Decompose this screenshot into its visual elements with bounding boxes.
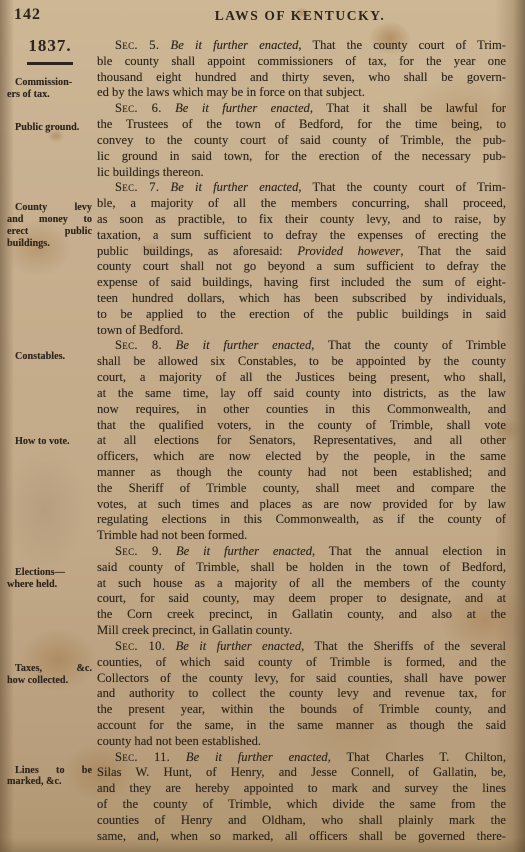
- sidenote-line: where held.: [7, 579, 92, 591]
- text-line: shall be allowed six Constables, to be a…: [97, 354, 506, 370]
- text-line: said county of Trimble, shall be holden …: [97, 560, 506, 576]
- text-line: now requires, in other counties in this …: [97, 402, 506, 418]
- text-line: same, and, when so marked, all officers …: [97, 829, 506, 845]
- text-line: account for the same, in the same manner…: [97, 718, 506, 734]
- text-line: Sec. 9. Be it further enacted, That the …: [97, 544, 506, 560]
- text-line: the Corn creek precinct, in Gallatin cou…: [97, 607, 506, 623]
- page-number: 142: [14, 6, 41, 24]
- section-7: County levyand money toerect publicbuild…: [97, 180, 506, 338]
- sidenote-line: and money to: [7, 214, 92, 226]
- text-line: and they are hereby appointed to mark an…: [97, 781, 506, 797]
- text-line: court, for said county, may deem proper …: [97, 591, 506, 607]
- text-line: officers, which are now elected by the p…: [97, 449, 506, 465]
- text-line: county court shall not go beyond a sum s…: [97, 259, 506, 275]
- text-line: public buildings, as aforesaid: Provided…: [97, 244, 506, 260]
- text-line: manner as though the county had not been…: [97, 465, 506, 481]
- sidenote-line: Lines to be: [7, 765, 92, 777]
- sidenote: Lines to bemarked, &c.: [7, 765, 92, 789]
- sidenote-line: erect public: [7, 226, 92, 238]
- sidenote-line: buildings.: [7, 238, 92, 250]
- text-line: convey to the county court of said count…: [97, 133, 506, 149]
- sidenote-line: Constables.: [7, 351, 92, 363]
- text-line: thousand eight hundred and thirty seven,…: [97, 70, 506, 86]
- text-line: Collectors of the county levy, for said …: [97, 671, 506, 687]
- text-line: Silas W. Hunt, of Henry, and Jesse Conne…: [97, 765, 506, 781]
- text-line: Sec. 6. Be it further enacted, That it s…: [97, 101, 506, 117]
- text-line: town of Bedford.: [97, 323, 506, 339]
- text-line: taxation, a sum sufficient to defray the…: [97, 228, 506, 244]
- section-6: Public ground.Sec. 6. Be it further enac…: [97, 101, 506, 180]
- text-line: lic buildings thereon.: [97, 165, 506, 181]
- text-line: Sec. 8. Be it further enacted, That the …: [97, 338, 506, 354]
- text-line: Trimble had not been formed.: [97, 528, 506, 544]
- sidenote: Public ground.: [7, 122, 92, 134]
- text-line: expense of said buildings, having first …: [97, 275, 506, 291]
- sidenote-line: Public ground.: [7, 122, 92, 134]
- text-line: ed by the laws which may be in force on …: [97, 85, 506, 101]
- book-page: 142 LAWS OF KENTUCKY. 1837. Commission-e…: [0, 0, 525, 852]
- section-9: Elections—where held.Sec. 9. Be it furth…: [97, 544, 506, 639]
- text-line: counties of Henry and Oldham, who shall …: [97, 813, 506, 829]
- sidenote-line: ers of tax.: [7, 89, 92, 101]
- section-10: Taxes, &c.how collected.Sec. 10. Be it f…: [97, 639, 506, 750]
- text-line: that the qualified voters, in the county…: [97, 418, 506, 434]
- sidenote-line: Taxes, &c.: [7, 663, 92, 675]
- sidenote: Taxes, &c.how collected.: [7, 663, 92, 687]
- text-column: Commission-ers of tax.Sec. 5. Be it furt…: [97, 38, 506, 844]
- text-line: votes, at such times and places as are n…: [97, 497, 506, 513]
- running-title: LAWS OF KENTUCKY.: [205, 8, 395, 24]
- text-line: court, a majority of all the Justices be…: [97, 370, 506, 386]
- text-line: Sec. 5. Be it further enacted, That the …: [97, 38, 506, 54]
- sidenote-line: How to vote.: [7, 436, 92, 448]
- sidenote-line: County levy: [7, 202, 92, 214]
- margin-year-block: 1837.: [8, 36, 92, 65]
- sidenote: How to vote.: [7, 436, 92, 448]
- text-line: Sec. 11. Be it further enacted, That Cha…: [97, 750, 506, 766]
- text-line: as soon as practible, to fix their count…: [97, 212, 506, 228]
- sidenote: Commission-ers of tax.: [7, 77, 92, 101]
- text-line: Sec. 10. Be it further enacted, That the…: [97, 639, 506, 655]
- sidenote: Elections—where held.: [7, 567, 92, 591]
- text-line: the Trustees of the town of Bedford, for…: [97, 117, 506, 133]
- text-line: the present year, within the bounds of T…: [97, 702, 506, 718]
- text-line: Mill creek precinct, in Gallatin county.: [97, 623, 506, 639]
- section-11: Lines to bemarked, &c.Sec. 11. Be it fur…: [97, 750, 506, 845]
- sidenote-line: how collected.: [7, 675, 92, 687]
- text-line: at the same time, lay off said county in…: [97, 386, 506, 402]
- text-line: lic ground in said town, for the erectio…: [97, 149, 506, 165]
- text-line: of the county of Trimble, which divide t…: [97, 797, 506, 813]
- sidenote: Constables.: [7, 351, 92, 363]
- section-5: Commission-ers of tax.Sec. 5. Be it furt…: [97, 38, 506, 101]
- text-line: at all elections for Senators, Represent…: [97, 433, 506, 449]
- text-line: teen hundred dollars, which has been sub…: [97, 291, 506, 307]
- text-line: ble county shall appoint commissioners o…: [97, 54, 506, 70]
- sidenote-line: marked, &c.: [7, 776, 92, 788]
- text-line: county had not been established.: [97, 734, 506, 750]
- text-line: to be applied to the erection of the pub…: [97, 307, 506, 323]
- year-rule: [27, 62, 73, 65]
- text-line: regulating elections in this Commonwealt…: [97, 512, 506, 528]
- text-line: and authority to collect the county levy…: [97, 686, 506, 702]
- sidenote-line: Commission-: [7, 77, 92, 89]
- year-label: 1837.: [8, 36, 92, 56]
- text-line: at such house as a majority of all the m…: [97, 576, 506, 592]
- text-line: the Sheriff of Trimble county, shall mee…: [97, 481, 506, 497]
- sidenote-line: Elections—: [7, 567, 92, 579]
- section-8: Constables.How to vote.Sec. 8. Be it fur…: [97, 338, 506, 544]
- text-line: ble, a majority of all the members concu…: [97, 196, 506, 212]
- text-line: counties, of which said county of Trimbl…: [97, 655, 506, 671]
- text-line: Sec. 7. Be it further enacted, That the …: [97, 180, 506, 196]
- sidenote: County levyand money toerect publicbuild…: [7, 202, 92, 249]
